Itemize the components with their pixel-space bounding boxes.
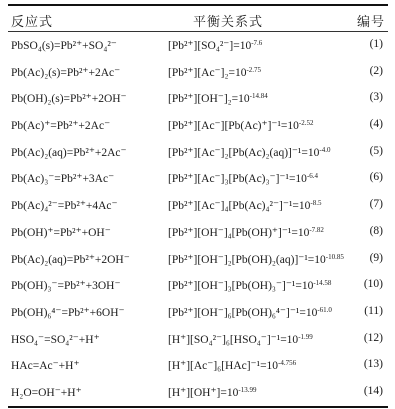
equilibrium-cell: [Pb²⁺][Ac⁻]₂[Pb(Ac)₂(aq)]⁻¹=10-4.0 (168, 145, 330, 159)
table-row: Pb(Ac)₂(aq)=Pb²⁺+2Ac⁻[Pb²⁺][Ac⁻]₂[Pb(Ac)… (8, 139, 388, 166)
equilibrium-cell: [Pb²⁺][OH⁻]₆[Pb(OH)₆⁴⁻]⁻¹=10-61.0 (168, 305, 332, 319)
number-cell: (2) (370, 65, 383, 77)
number-cell: (5) (370, 145, 383, 157)
number-cell: (3) (370, 91, 383, 103)
table-row: Pb(Ac)₄²⁻=Pb²⁺+4Ac⁻[Pb²⁺][Ac⁻]₄[Pb(Ac)₄²… (8, 192, 388, 219)
table-row: Pb(OH)⁺=Pb²⁺+OH⁻[Pb²⁺][OH⁻]₄[Pb(OH)⁺]⁻¹=… (8, 219, 388, 246)
table-body: PbSO₄(s)=Pb²⁺+SO₄²⁻[Pb²⁺][SO₄²⁻]=10-7.6(… (8, 32, 388, 406)
reaction-cell: HSO₄⁻=SO₄²⁻+H⁺ (11, 332, 100, 346)
number-cell: (1) (370, 38, 383, 50)
equilibrium-cell: [Pb²⁺][Ac⁻]₃[Pb(Ac)₃⁻]⁻¹=10-6.4 (168, 171, 318, 185)
reaction-cell: Pb(Ac)⁺=Pb²⁺+2Ac⁻ (11, 118, 110, 132)
table-row: Pb(OH)₂(s)=Pb²⁺+2OH⁻[Pb²⁺][OH⁻]₂=10-14.8… (8, 85, 388, 112)
equilibrium-cell: [Pb²⁺][OH⁻]₂=10-14.84 (168, 91, 268, 105)
table-row: H₂O=OH⁻+H⁺[H⁺][OH⁺]=10-13.99(14) (8, 379, 388, 406)
reaction-cell: Pb(Ac)₄²⁻=Pb²⁺+4Ac⁻ (11, 198, 118, 212)
equilibrium-cell: [Pb²⁺][Ac⁻]₂=10-2.75 (168, 65, 261, 79)
number-cell: (6) (370, 171, 383, 183)
table-row: HAc=Ac⁻+H⁺[H⁺][Ac⁻]₆[HAc]⁻¹=10-4.756(13) (8, 352, 388, 379)
equilibrium-cell: [H⁺][SO₄²⁻]₆[HSO₄⁻]⁻¹=10-1.99 (168, 332, 313, 346)
equilibrium-cell: [Pb²⁺][SO₄²⁻]=10-7.6 (168, 38, 262, 52)
table-row: Pb(Ac)₂(aq)=Pb²⁺+2OH⁻[Pb²⁺][OH⁻]₂[Pb(OH)… (8, 246, 388, 273)
number-cell: (13) (364, 358, 383, 370)
reaction-cell: H₂O=OH⁻+H⁺ (11, 385, 82, 399)
equilibrium-cell: [Pb²⁺][OH⁻]₃[Pb(OH)₃⁻]⁻¹=10-14.58 (168, 278, 331, 292)
number-cell: (11) (364, 305, 383, 317)
equilibrium-cell: [Pb²⁺][OH⁻]₂[Pb(OH)₂(aq)]⁻¹=10-10.85 (168, 252, 344, 266)
table-row: Pb(Ac)⁺=Pb²⁺+2Ac⁻[Pb²⁺][Ac⁻][Pb(Ac)⁺]⁻¹=… (8, 112, 388, 139)
table-row: Pb(OH)₃⁻=Pb²⁺+3OH⁻[Pb²⁺][OH⁻]₃[Pb(OH)₃⁻]… (8, 272, 388, 299)
number-cell: (4) (370, 118, 383, 130)
equilibrium-cell: [Pb²⁺][OH⁻]₄[Pb(OH)⁺]⁻¹=10-7.82 (168, 225, 324, 239)
reaction-cell: Pb(Ac)₃⁻=Pb²⁺+3Ac⁻ (11, 171, 114, 185)
reaction-cell: Pb(Ac)₂(s)=Pb²⁺+2Ac⁻ (11, 65, 120, 79)
equilibrium-cell: [H⁺][Ac⁻]₆[HAc]⁻¹=10-4.756 (168, 358, 296, 372)
header-equilibrium: 平衡关系式 (193, 11, 263, 30)
number-cell: (7) (370, 198, 383, 210)
reaction-cell: Pb(OH)₆⁴⁻=Pb²⁺+6OH⁻ (11, 305, 125, 319)
number-cell: (14) (364, 385, 383, 397)
number-cell: (9) (370, 252, 383, 264)
table-row: Pb(OH)₆⁴⁻=Pb²⁺+6OH⁻[Pb²⁺][OH⁻]₆[Pb(OH)₆⁴… (8, 299, 388, 326)
reaction-cell: HAc=Ac⁻+H⁺ (11, 358, 80, 372)
header-reaction: 反应式 (11, 11, 53, 30)
equilibrium-table: 反应式 平衡关系式 编号 PbSO₄(s)=Pb²⁺+SO₄²⁻[Pb²⁺][S… (8, 4, 388, 408)
number-cell: (8) (370, 225, 383, 237)
number-cell: (12) (364, 332, 383, 344)
equilibrium-cell: [Pb²⁺][Ac⁻]₄[Pb(Ac)₄²⁻]⁻¹=10-8.5 (168, 198, 321, 212)
table-row: Pb(Ac)₂(s)=Pb²⁺+2Ac⁻[Pb²⁺][Ac⁻]₂=10-2.75… (8, 59, 388, 86)
reaction-cell: PbSO₄(s)=Pb²⁺+SO₄²⁻ (11, 38, 117, 52)
table-row: PbSO₄(s)=Pb²⁺+SO₄²⁻[Pb²⁺][SO₄²⁻]=10-7.6(… (8, 32, 388, 59)
reaction-cell: Pb(Ac)₂(aq)=Pb²⁺+2OH⁻ (11, 252, 130, 266)
header-number: 编号 (357, 11, 385, 30)
reaction-cell: Pb(OH)₂(s)=Pb²⁺+2OH⁻ (11, 91, 127, 105)
table-row: HSO₄⁻=SO₄²⁻+H⁺[H⁺][SO₄²⁻]₆[HSO₄⁻]⁻¹=10-1… (8, 326, 388, 353)
table-row: Pb(Ac)₃⁻=Pb²⁺+3Ac⁻[Pb²⁺][Ac⁻]₃[Pb(Ac)₃⁻]… (8, 165, 388, 192)
table-header: 反应式 平衡关系式 编号 (8, 6, 388, 32)
reaction-cell: Pb(OH)₃⁻=Pb²⁺+3OH⁻ (11, 278, 121, 292)
number-cell: (10) (364, 278, 383, 290)
reaction-cell: Pb(Ac)₂(aq)=Pb²⁺+2Ac⁻ (11, 145, 127, 159)
equilibrium-cell: [H⁺][OH⁺]=10-13.99 (168, 385, 256, 399)
equilibrium-cell: [Pb²⁺][Ac⁻][Pb(Ac)⁺]⁻¹=10-2.52 (168, 118, 314, 132)
reaction-cell: Pb(OH)⁺=Pb²⁺+OH⁻ (11, 225, 111, 239)
